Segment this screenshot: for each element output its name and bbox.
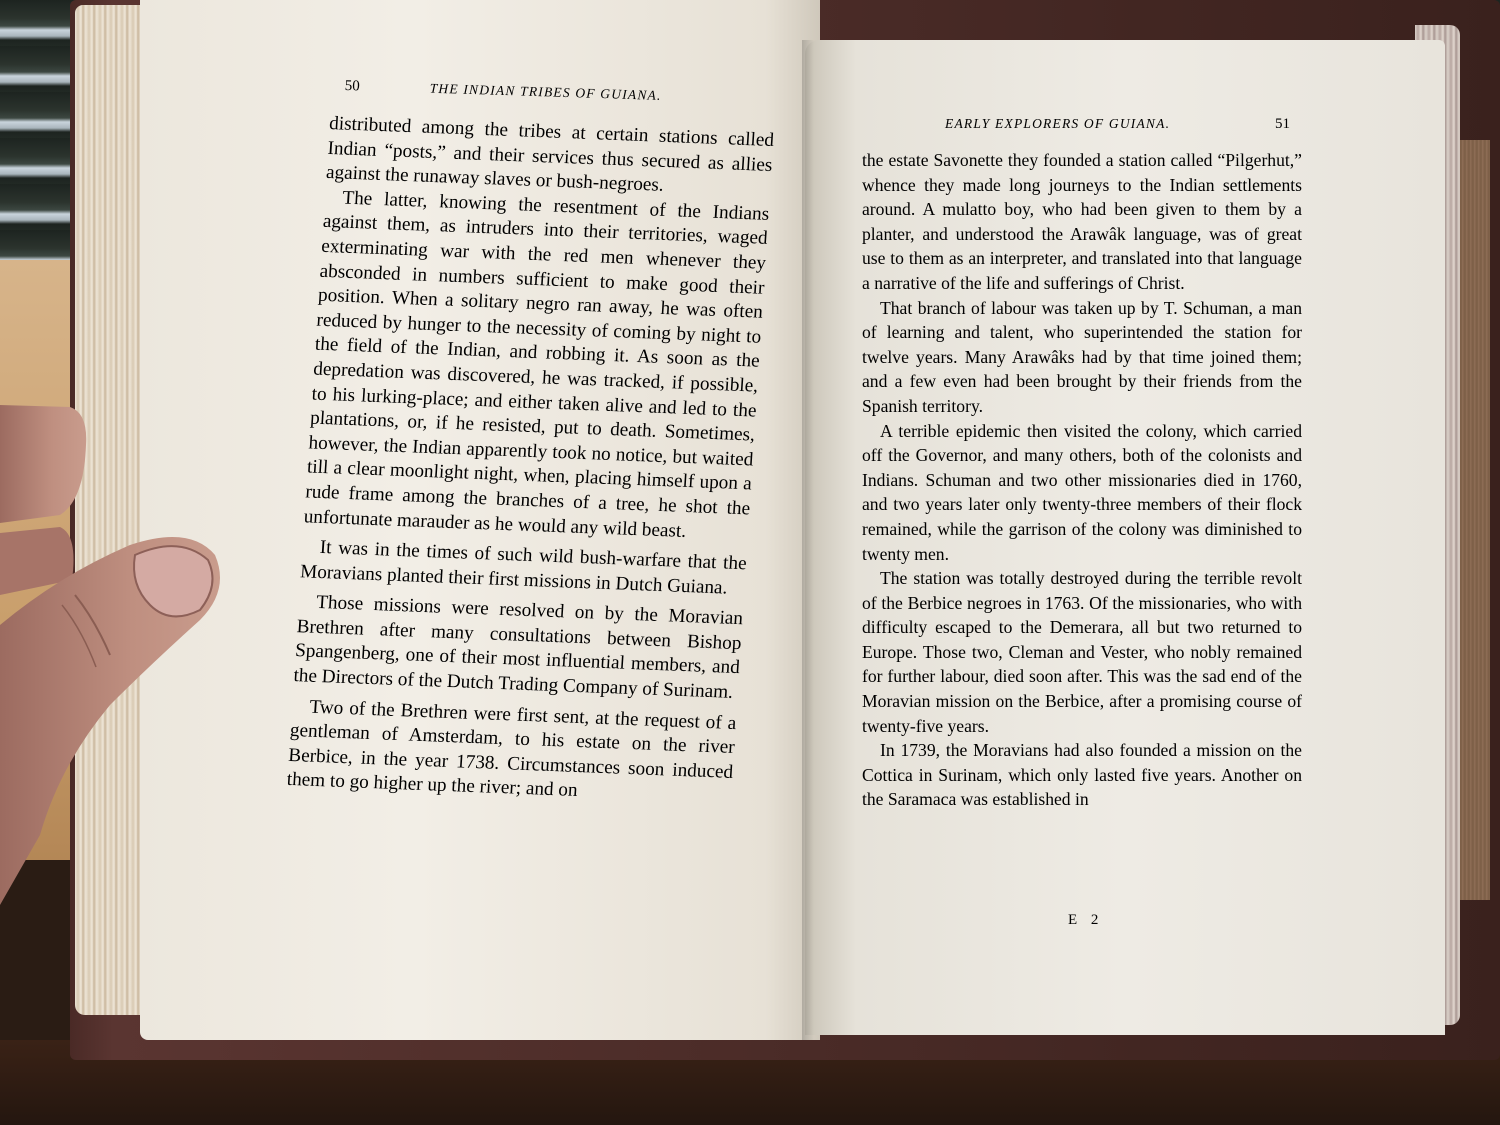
paragraph: In 1739, the Moravians had also founded … <box>862 738 1302 812</box>
paragraph: A terrible epidemic then visited the col… <box>862 419 1302 567</box>
paragraph: Two of the Brethren were first sent, at … <box>286 695 737 810</box>
paragraph: The latter, knowing the resentment of th… <box>303 186 770 547</box>
signature-mark: E 2 <box>1068 912 1103 929</box>
page-number-left: 50 <box>344 78 429 98</box>
book-cloth-spine-right <box>1455 140 1490 900</box>
left-page-text: distributed among the tribes at certain … <box>286 112 775 810</box>
paragraph: It was in the times of such wild bush-wa… <box>299 535 747 601</box>
paragraph: Those missions were resolved on by the M… <box>293 590 744 705</box>
paragraph: That branch of labour was taken up by T.… <box>862 296 1302 419</box>
running-head-title-right: EARLY EXPLORERS OF GUIANA. <box>945 116 1170 132</box>
book-gutter <box>802 40 814 1040</box>
page-number-right: 51 <box>1275 116 1290 133</box>
paragraph: the estate Savonette they founded a stat… <box>862 148 1302 296</box>
paragraph: The station was totally destroyed during… <box>862 566 1302 738</box>
right-running-head: EARLY EXPLORERS OF GUIANA. 51 <box>945 116 1290 133</box>
right-page-text: the estate Savonette they founded a stat… <box>862 148 1302 812</box>
